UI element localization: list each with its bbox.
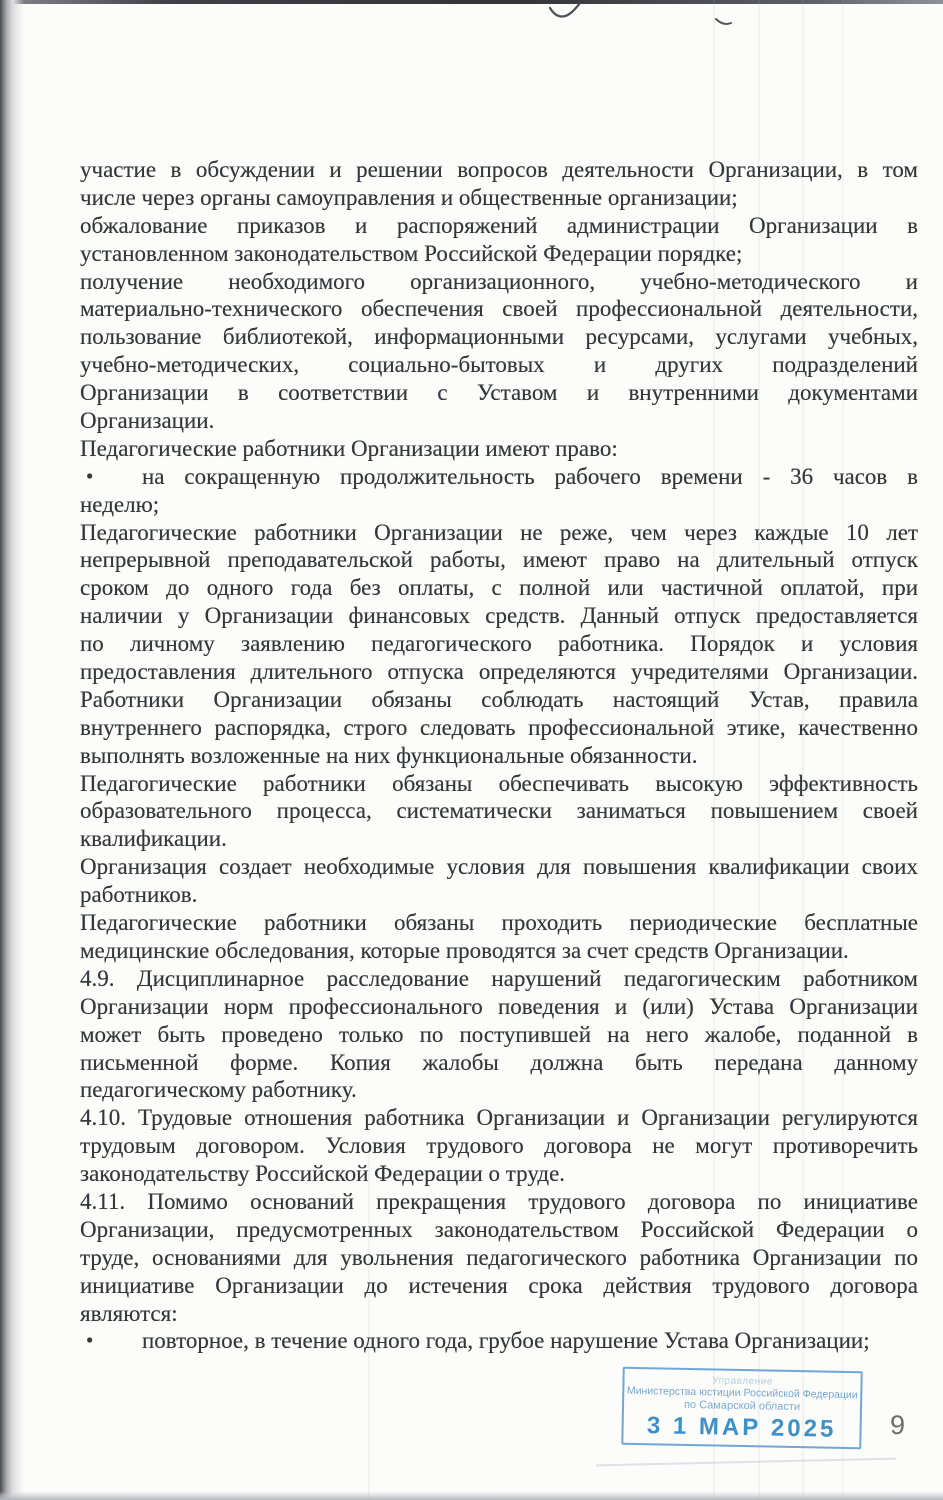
text-line: Организации, предусмотренных законодател… (80, 1216, 918, 1244)
pen-mark-hook-icon (548, 2, 582, 22)
text-line: 4.10. Трудовые отношения работника Орган… (80, 1104, 918, 1132)
text-line: внутреннего распорядка, строго следовать… (80, 714, 918, 742)
text-line: 4.9. Дисциплинарное расследование наруше… (80, 965, 918, 993)
bullet-text: на сокращенную продолжительность рабочег… (142, 463, 918, 491)
text-line: материально-технического обеспечения сво… (80, 295, 918, 323)
text-line: Педагогические работники Организации не … (80, 519, 918, 547)
text-line: работников. (80, 881, 918, 909)
bullet-text: повторное, в течение одного года, грубое… (142, 1327, 918, 1355)
text-line: сроком до одного года без оплаты, с полн… (80, 574, 918, 602)
text-line: получение необходимого организационного,… (80, 268, 918, 296)
page-number: 9 (890, 1410, 905, 1441)
text-line: может быть проведено только по поступивш… (80, 1021, 918, 1049)
text-line: непрерывной преподавательской работы, им… (80, 546, 918, 574)
document-text: участие в обсуждении и решении вопросов … (80, 156, 918, 1355)
text-line: Организации. (80, 407, 918, 435)
text-line: Работники Организации обязаны соблюдать … (80, 686, 918, 714)
text-line: законодательству Российской Федерации о … (80, 1160, 918, 1188)
text-line: педагогическому работнику. (80, 1076, 918, 1104)
bullet-marker: • (80, 1327, 142, 1355)
text-line: Педагогические работники обязаны обеспеч… (80, 770, 918, 798)
scanned-document-page: участие в обсуждении и решении вопросов … (0, 0, 943, 1500)
text-line: неделю; (80, 491, 918, 519)
text-line: инициативе Организации до истечения срок… (80, 1272, 918, 1300)
text-line: Организации норм профессионального повед… (80, 993, 918, 1021)
text-line: труде, основаниями для увольнения педаго… (80, 1244, 918, 1272)
text-line: 4.11. Помимо оснований прекращения трудо… (80, 1188, 918, 1216)
text-line: трудовым договором. Условия трудового до… (80, 1132, 918, 1160)
text-line: наличии у Организации финансовых средств… (80, 602, 918, 630)
bullet-line: •на сокращенную продолжительность рабоче… (80, 463, 918, 491)
text-line: участие в обсуждении и решении вопросов … (80, 156, 918, 184)
text-line: образовательного процесса, систематическ… (80, 797, 918, 825)
text-line: медицинские обследования, которые провод… (80, 937, 918, 965)
bullet-line: •повторное, в течение одного года, грубо… (80, 1327, 918, 1355)
text-line: установленном законодательством Российск… (80, 240, 918, 268)
text-line: по личному заявлению педагогического раб… (80, 630, 918, 658)
text-line: обжалование приказов и распоряжений адми… (80, 212, 918, 240)
pen-mark-dash-icon (715, 16, 733, 28)
text-line: пользование библиотекой, информационными… (80, 323, 918, 351)
text-line: Педагогические работники Организации име… (80, 435, 918, 463)
text-line: учебно-методических, социально-бытовых и… (80, 351, 918, 379)
text-line: Педагогические работники обязаны проходи… (80, 909, 918, 937)
text-line: выполнять возложенные на них функциональ… (80, 742, 918, 770)
bullet-marker: • (80, 463, 142, 491)
text-line: письменной форме. Копия жалобы должна бы… (80, 1049, 918, 1077)
text-line: предоставления длительного отпуска опред… (80, 658, 918, 686)
text-line: числе через органы самоуправления и обще… (80, 184, 918, 212)
text-line: Организации в соответствии с Уставом и в… (80, 379, 918, 407)
text-line: Организация создает необходимые условия … (80, 853, 918, 881)
text-line: квалификации. (80, 825, 918, 853)
scan-wrinkle (596, 1458, 896, 1467)
scan-edge-left (0, 0, 24, 1500)
stamp-date: 3 1 МАР 2025 (623, 1412, 859, 1444)
ministry-of-justice-stamp: Управление Министерства юстиции Российск… (621, 1367, 862, 1450)
text-line: являются: (80, 1300, 918, 1328)
